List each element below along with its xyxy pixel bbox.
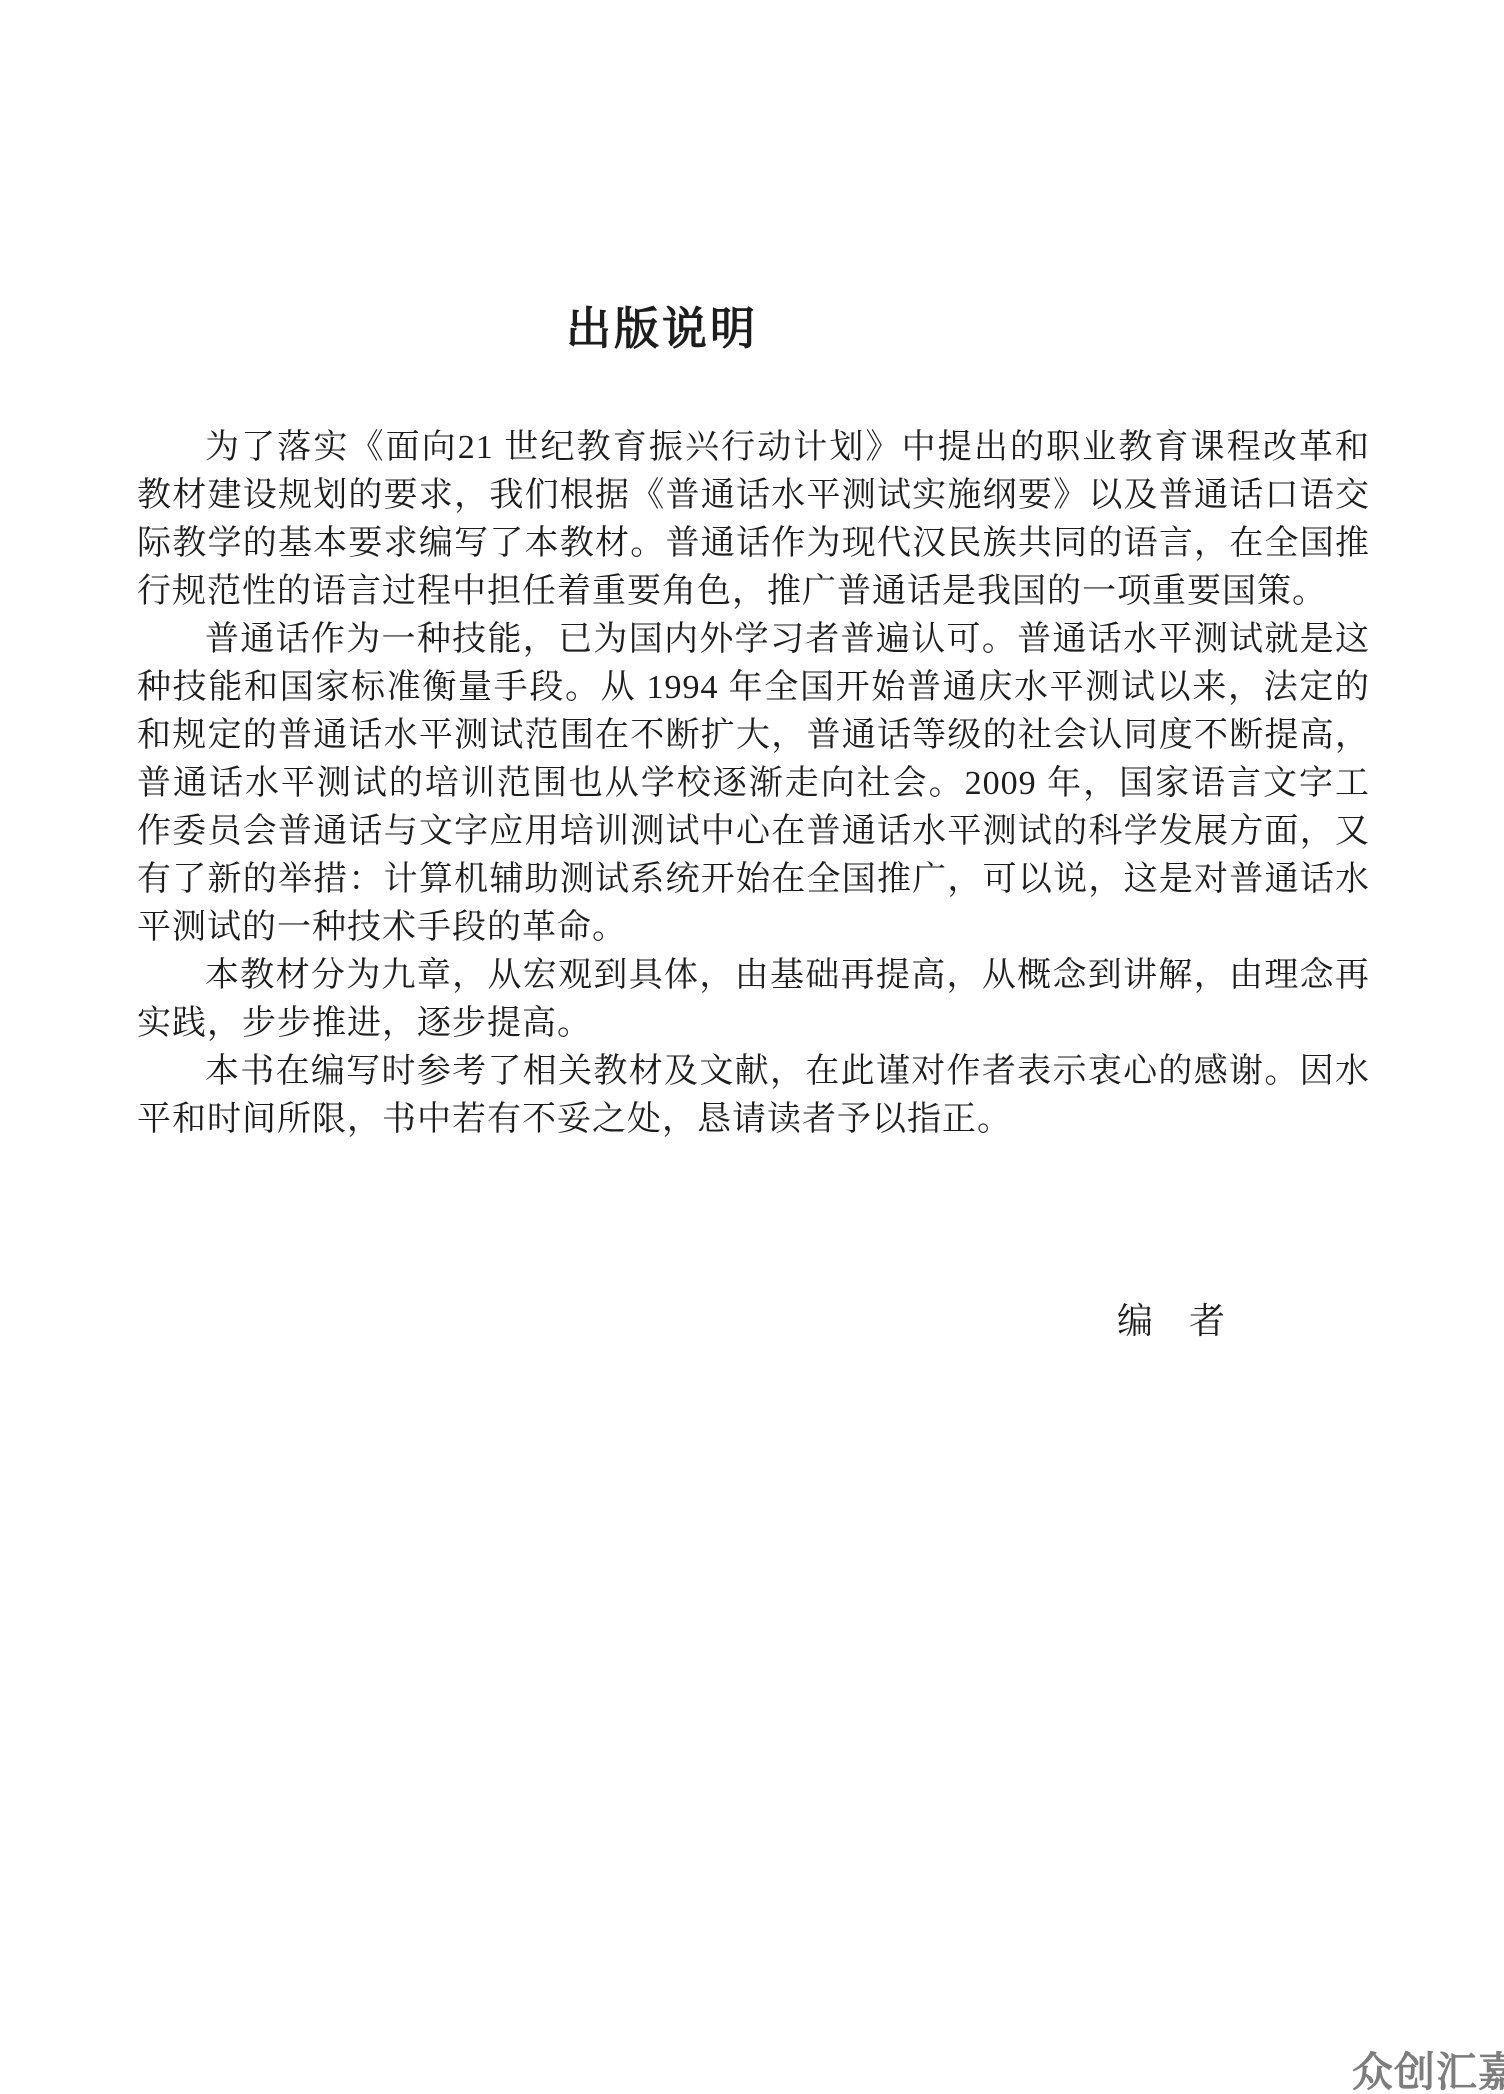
paragraph-2: 普通话作为一种技能，已为国内外学习者普遍认可。普通话水平测试就是这种技能和国家标… — [137, 616, 1370, 952]
document-page: 出版说明 为了落实《面向21 世纪教育振兴行动计划》中提出的职业教育课程改革和教… — [0, 0, 1504, 2094]
paragraph-4: 本书在编写时参考了相关教材及文献，在此谨对作者表示衷心的感谢。因水平和时间所限，… — [137, 1048, 1370, 1144]
body-text: 为了落实《面向21 世纪教育振兴行动计划》中提出的职业教育课程改革和教材建设规划… — [137, 424, 1370, 1144]
title-block: 出版说明 — [0, 292, 1324, 357]
paragraph-1: 为了落实《面向21 世纪教育振兴行动计划》中提出的职业教育课程改革和教材建设规划… — [137, 424, 1370, 616]
editor-signature: 编 者 — [1117, 1293, 1225, 1344]
watermark-text: 众创汇嘉 — [1352, 2050, 1504, 2094]
page-title: 出版说明 — [566, 292, 758, 357]
paragraph-3: 本教材分为九章，从宏观到具体，由基础再提高，从概念到讲解，由理念再实践，步步推进… — [137, 952, 1370, 1048]
